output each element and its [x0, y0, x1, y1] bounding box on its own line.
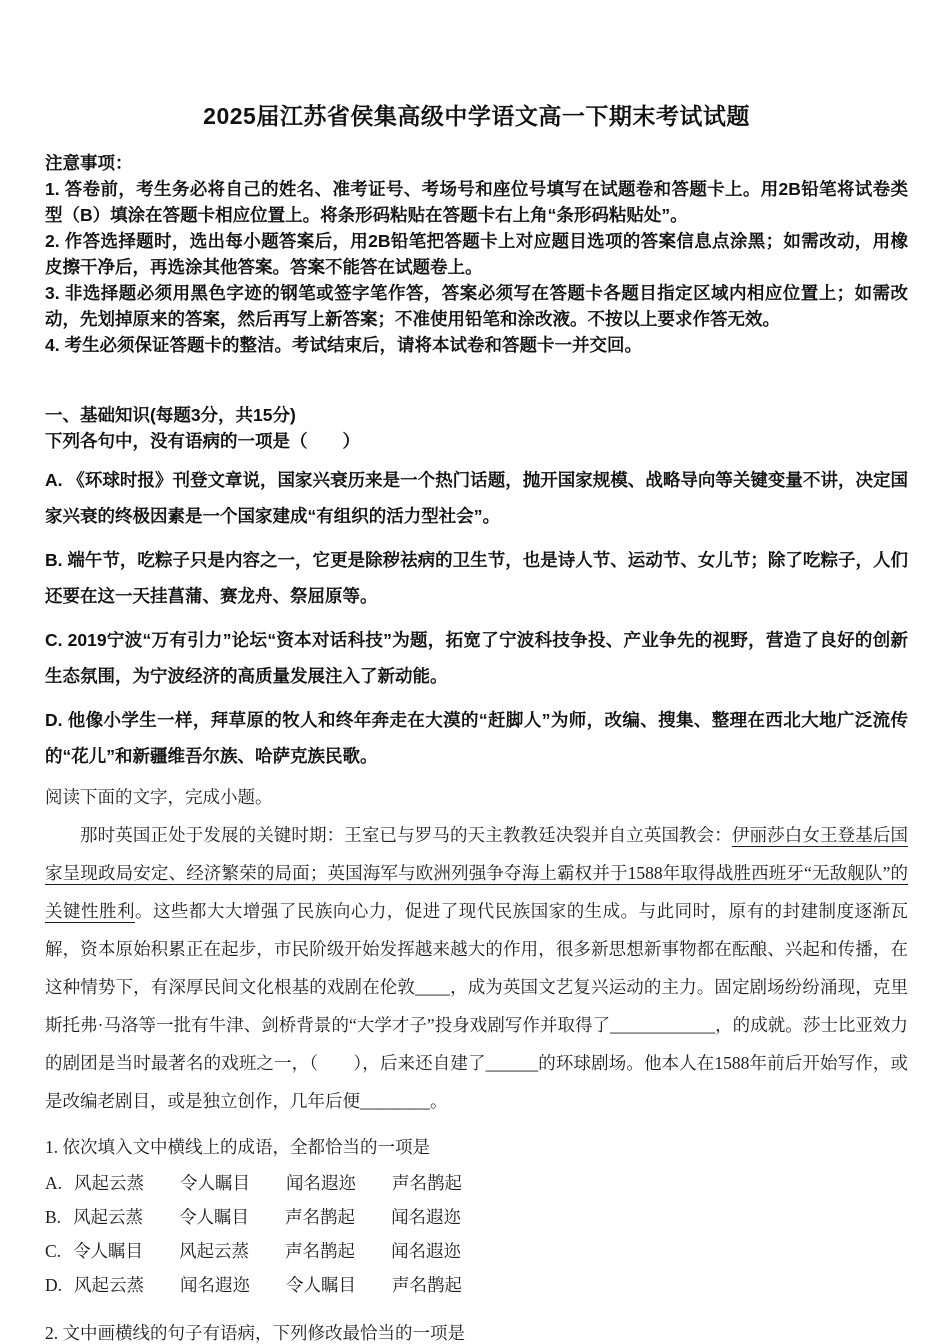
idiom-item: 令人瞩目 — [180, 1170, 250, 1195]
reading-intro: 阅读下面的文字，完成小题。 — [45, 784, 908, 810]
option-label: C. — [45, 1241, 61, 1262]
idiom-option-row-a: A. 风起云蒸 令人瞩目 闻名遐迩 声名鹊起 — [45, 1170, 908, 1204]
idiom-item: 令人瞩目 — [286, 1272, 356, 1297]
notices-heading: 注意事项： — [45, 150, 908, 176]
grammar-option-b: B. 端午节，吃粽子只是内容之一，它更是除秽祛病的卫生节，也是诗人节、运动节、女… — [45, 542, 908, 614]
idiom-item: 令人瞩目 — [179, 1204, 249, 1229]
exam-paper-page: 2025届江苏省侯集高级中学语文高一下期末考试试题 注意事项： 1. 答卷前，考… — [0, 0, 950, 1344]
grammar-option-c: C. 2019宁波“万有引力”论坛“资本对话科技”为题，拓宽了宁波科技争投、产业… — [45, 622, 908, 694]
idiom-option-row-b: B. 风起云蒸 令人瞩目 声名鹊起 闻名遐迩 — [45, 1204, 908, 1238]
notice-item: 3. 非选择题必须用黑色字迹的钢笔或签字笔作答，答案必须写在答题卡各题目指定区域… — [45, 280, 908, 332]
idiom-option-row-d: D. 风起云蒸 闻名遐迩 令人瞩目 声名鹊起 — [45, 1272, 908, 1306]
question-1-stem: 1. 依次填入文中横线上的成语，全都恰当的一项是 — [45, 1134, 908, 1160]
question-2-stem: 2. 文中画横线的句子有语病，下列修改最恰当的一项是 — [45, 1320, 908, 1344]
idiom-option-row-c: C. 令人瞩目 风起云蒸 声名鹊起 闻名遐迩 — [45, 1238, 908, 1272]
idiom-item: 闻名遐迩 — [286, 1170, 356, 1195]
notices-section: 注意事项： 1. 答卷前，考生务必将自己的姓名、准考证号、考场号和座位号填写在试… — [45, 150, 908, 358]
passage-text-1: 那时英国正处于发展的关键时期：王室已与罗马的天主教教廷决裂并自立英国教会： — [80, 825, 732, 845]
idiom-item: 闻名遐迩 — [180, 1272, 250, 1297]
page-title: 2025届江苏省侯集高级中学语文高一下期末考试试题 — [45, 100, 908, 132]
option-label: B. — [45, 1207, 61, 1228]
reading-passage: 那时英国正处于发展的关键时期：王室已与罗马的天主教教廷决裂并自立英国教会：伊丽莎… — [45, 816, 908, 1120]
idiom-item: 闻名遐迩 — [391, 1204, 461, 1229]
question-1-options: A. 风起云蒸 令人瞩目 闻名遐迩 声名鹊起 B. 风起云蒸 令人瞩目 声名鹊起… — [45, 1170, 908, 1306]
idiom-item: 风起云蒸 — [179, 1238, 249, 1263]
grammar-options: A. 《环球时报》刊登文章说，国家兴衰历来是一个热门话题，抛开国家规模、战略导向… — [45, 462, 908, 774]
grammar-question-stem: 下列各句中，没有语病的一项是（ ） — [45, 428, 908, 454]
idiom-item: 令人瞩目 — [73, 1238, 143, 1263]
idiom-item: 声名鹊起 — [392, 1170, 462, 1195]
idiom-item: 声名鹊起 — [285, 1204, 355, 1229]
idiom-item: 风起云蒸 — [73, 1204, 143, 1229]
section-heading: 一、基础知识(每题3分，共15分) — [45, 402, 908, 428]
notice-item: 2. 作答选择题时，选出每小题答案后，用2B铅笔把答题卡上对应题目选项的答案信息… — [45, 228, 908, 280]
grammar-option-d: D. 他像小学生一样，拜草原的牧人和终年奔走在大漠的“赶脚人”为师，改编、搜集、… — [45, 702, 908, 774]
idiom-item: 闻名遐迩 — [391, 1238, 461, 1263]
passage-text-2: 。这些都大大增强了民族向心力，促进了现代民族国家的生成。与此同时，原有的封建制度… — [45, 901, 908, 1111]
idiom-item: 声名鹊起 — [285, 1238, 355, 1263]
idiom-item: 声名鹊起 — [392, 1272, 462, 1297]
option-label: A. — [45, 1173, 62, 1194]
notice-item: 4. 考生必须保证答题卡的整洁。考试结束后，请将本试卷和答题卡一并交回。 — [45, 332, 908, 358]
idiom-item: 风起云蒸 — [74, 1272, 144, 1297]
option-label: D. — [45, 1275, 62, 1296]
notice-item: 1. 答卷前，考生务必将自己的姓名、准考证号、考场号和座位号填写在试题卷和答题卡… — [45, 176, 908, 228]
idiom-item: 风起云蒸 — [74, 1170, 144, 1195]
grammar-option-a: A. 《环球时报》刊登文章说，国家兴衰历来是一个热门话题，抛开国家规模、战略导向… — [45, 462, 908, 534]
